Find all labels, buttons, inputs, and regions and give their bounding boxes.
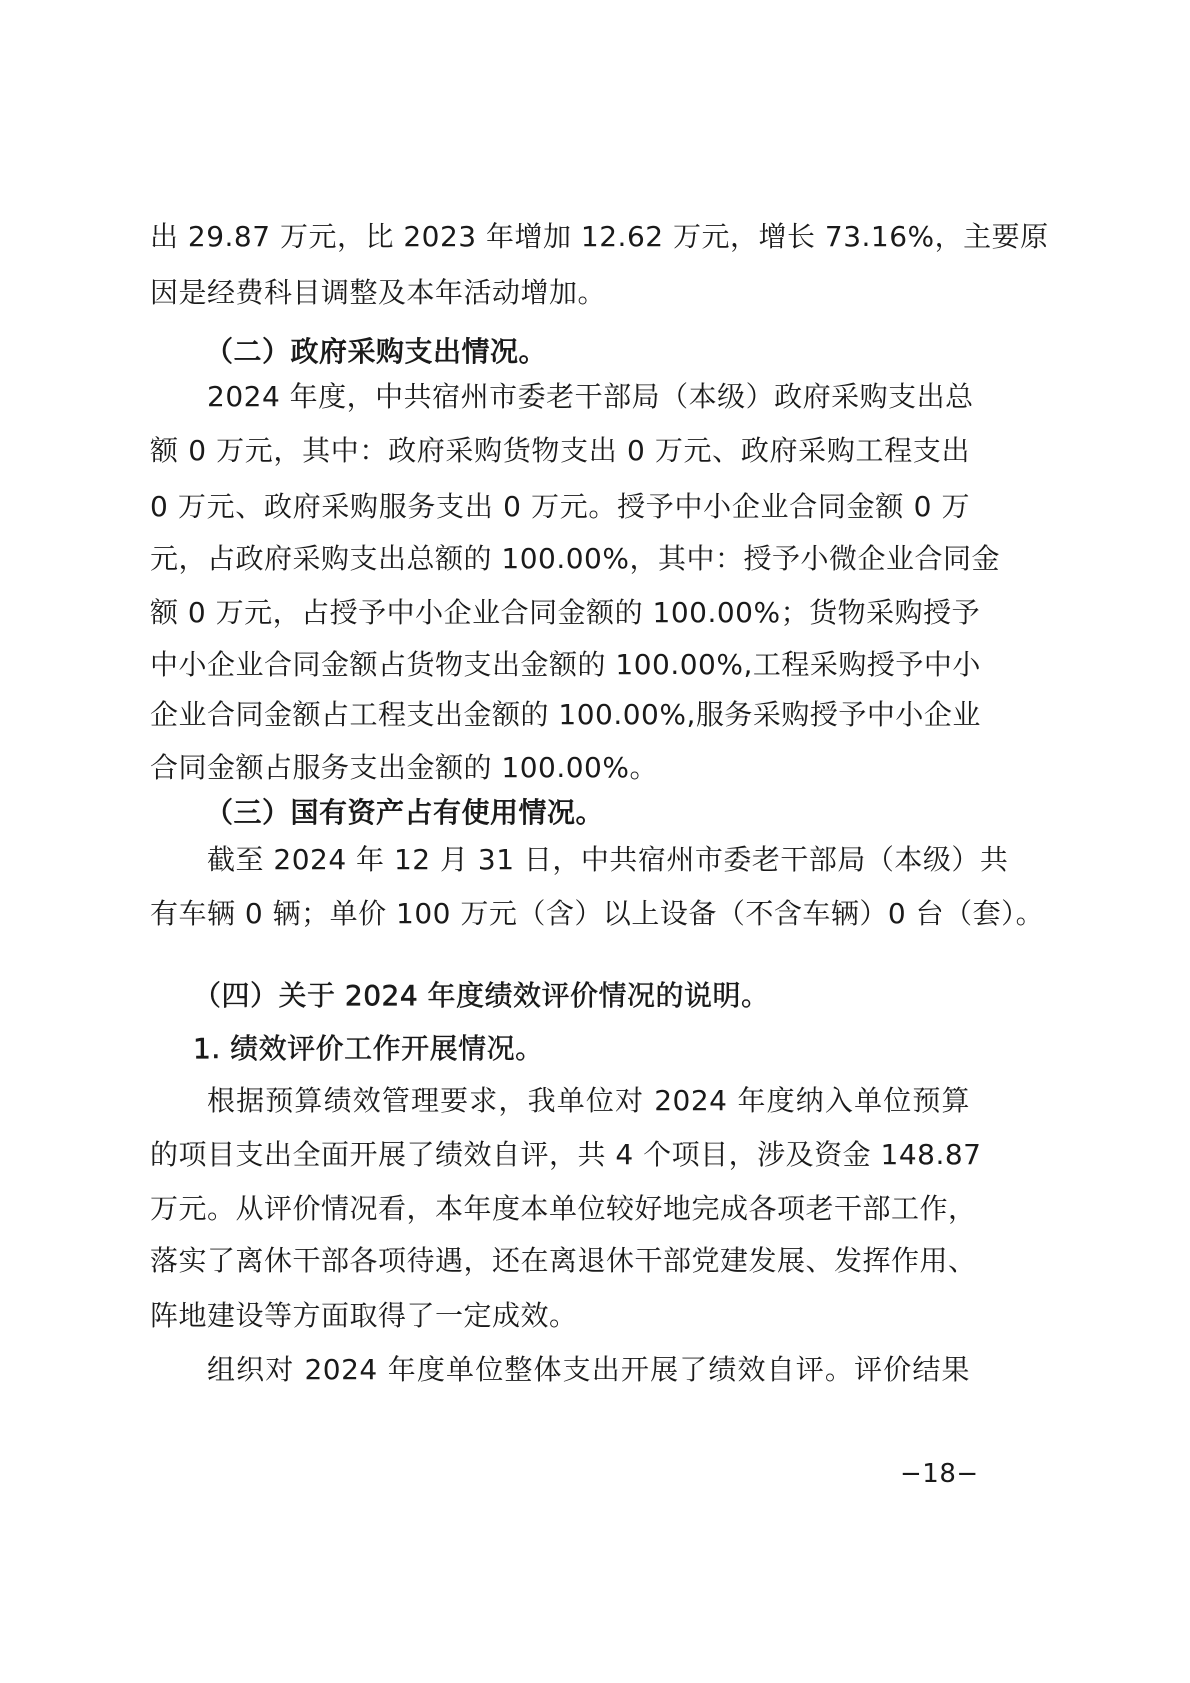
body-line: 企业合同金额占工程支出金额的 100.00%,服务采购授予中小企业 xyxy=(150,695,970,735)
body-line: 的项目支出全面开展了绩效自评，共 4 个项目，涉及资金 148.87 xyxy=(150,1135,970,1175)
section-heading-state-assets: （三）国有资产占有使用情况。 xyxy=(205,793,604,833)
body-line: 出 29.87 万元，比 2023 年增加 12.62 万元，增长 73.16%… xyxy=(150,217,970,257)
body-line: 万元。从评价情况看，本年度本单位较好地完成各项老干部工作， xyxy=(150,1189,970,1229)
body-line: 0 万元、政府采购服务支出 0 万元。授予中小企业合同金额 0 万 xyxy=(150,487,970,527)
body-line: 元，占政府采购支出总额的 100.00%，其中：授予小微企业合同金 xyxy=(150,539,970,579)
body-line: 落实了离休干部各项待遇，还在离退休干部党建发展、发挥作用、 xyxy=(150,1241,970,1281)
subsection-heading-evaluation-work: 1. 绩效评价工作开展情况。 xyxy=(193,1029,544,1069)
body-line: 组织对 2024 年度单位整体支出开展了绩效自评。评价结果 xyxy=(207,1350,970,1390)
document-page: 出 29.87 万元，比 2023 年增加 12.62 万元，增长 73.16%… xyxy=(0,0,1190,1683)
body-line: 2024 年度，中共宿州市委老干部局（本级）政府采购支出总 xyxy=(207,377,970,417)
body-line: 根据预算绩效管理要求，我单位对 2024 年度纳入单位预算 xyxy=(207,1081,970,1121)
body-line: 有车辆 0 辆；单价 100 万元（含）以上设备（不含车辆）0 台（套）。 xyxy=(150,894,970,934)
body-line: 阵地建设等方面取得了一定成效。 xyxy=(150,1296,970,1336)
body-line: 因是经费科目调整及本年活动增加。 xyxy=(150,273,970,313)
section-heading-performance-evaluation: （四）关于 2024 年度绩效评价情况的说明。 xyxy=(193,976,770,1016)
body-line: 额 0 万元，其中：政府采购货物支出 0 万元、政府采购工程支出 xyxy=(150,431,970,471)
section-heading-government-procurement: （二）政府采购支出情况。 xyxy=(205,332,547,372)
body-line: 额 0 万元，占授予中小企业合同金额的 100.00%；货物采购授予 xyxy=(150,593,970,633)
page-number: −18− xyxy=(900,1457,970,1491)
body-line: 合同金额占服务支出金额的 100.00%。 xyxy=(150,748,970,788)
body-line: 中小企业合同金额占货物支出金额的 100.00%,工程采购授予中小 xyxy=(150,645,970,685)
body-line: 截至 2024 年 12 月 31 日，中共宿州市委老干部局（本级）共 xyxy=(207,840,970,880)
